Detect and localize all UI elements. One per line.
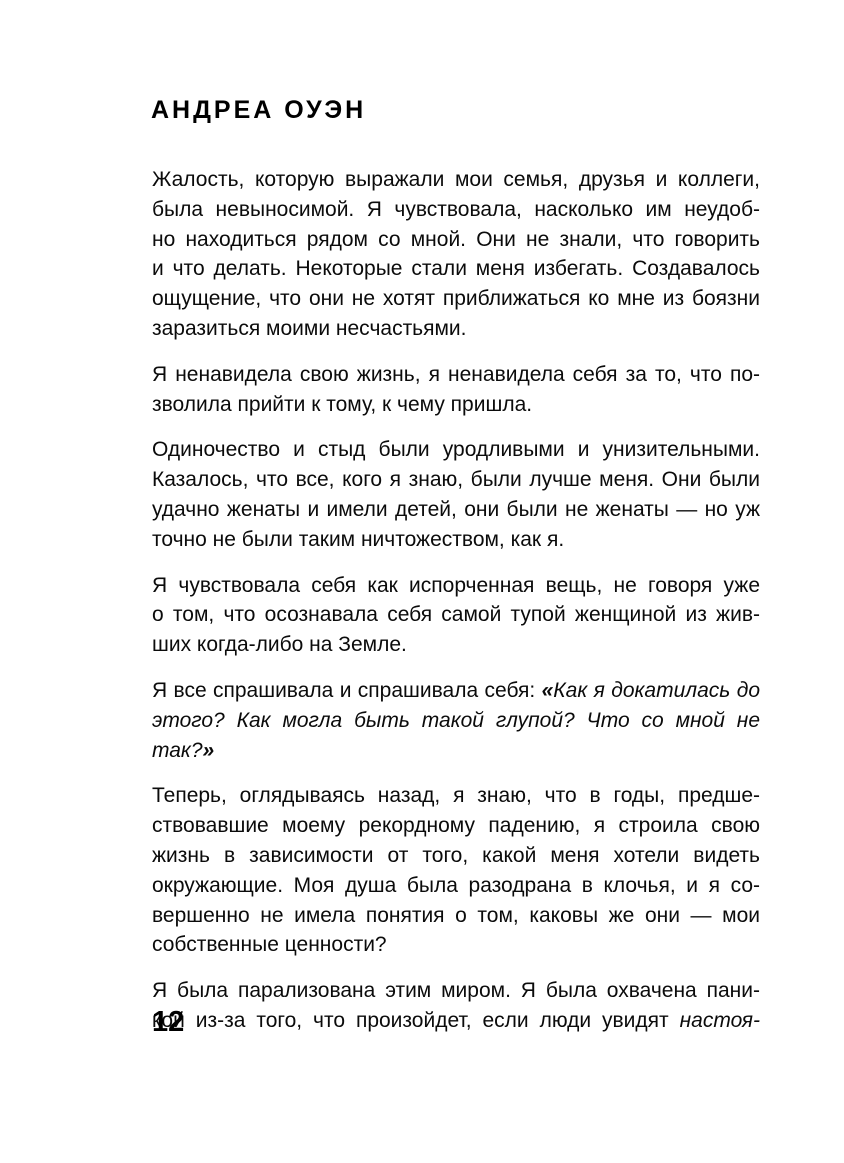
- text-line: Теперь, оглядываясь назад, я знаю, что в…: [152, 781, 760, 811]
- text-line: Я все спрашивала и спрашивала себя: «Как…: [152, 676, 760, 706]
- text-segment: ощущение, что они не хотят приближаться …: [152, 287, 760, 310]
- text-segment: Казалось, что все, кого я знаю, были луч…: [152, 468, 760, 491]
- text-line: и что делать. Некоторые стали меня избег…: [152, 254, 760, 284]
- text-line: вершенно не имела понятия о том, каковы …: [152, 901, 760, 931]
- paragraph: Жалость, которую выражали мои семья, дру…: [152, 165, 760, 344]
- text-line: Одиночество и стыд были уродливыми и уни…: [152, 435, 760, 465]
- text-segment: Я чувствовала себя как испорченная вещь,…: [152, 574, 760, 597]
- text-line: жизнь в зависимости от того, какой меня …: [152, 841, 760, 871]
- paragraph: Я все спрашивала и спрашивала себя: «Как…: [152, 676, 760, 765]
- text-line: ощущение, что они не хотят приближаться …: [152, 284, 760, 314]
- text-segment: Я все спрашивала и спрашивала себя:: [152, 679, 542, 702]
- text-segment: о том, что осознавала себя самой тупой ж…: [152, 603, 760, 626]
- text-segment: Жалость, которую выражали мои семья, дру…: [152, 168, 760, 191]
- text-segment: ствовавшие моему рекордному падению, я с…: [152, 814, 760, 837]
- text-line: но находиться рядом со мной. Они не знал…: [152, 225, 760, 255]
- text-segment: вершенно не имела понятия о том, каковы …: [152, 904, 760, 927]
- running-header: АНДРЕА ОУЭН: [151, 96, 366, 125]
- text-segment: была невыносимой. Я чувствовала, насколь…: [152, 198, 760, 221]
- text-line: заразиться моими несчастьями.: [152, 314, 760, 344]
- text-segment: Теперь, оглядываясь назад, я знаю, что в…: [152, 784, 760, 807]
- text-segment: но находиться рядом со мной. Они не знал…: [152, 228, 760, 251]
- text-line: этого? Как могла быть такой глупой? Что …: [152, 706, 760, 766]
- text-line: Жалость, которую выражали мои семья, дру…: [152, 165, 760, 195]
- text-line: о том, что осознавала себя самой тупой ж…: [152, 600, 760, 630]
- text-line: кой из-за того, что произойдет, если люд…: [152, 1006, 760, 1036]
- text-segment: удачно женаты и имели детей, они были не…: [152, 498, 760, 521]
- text-segment: заразиться моими несчастьями.: [152, 317, 467, 340]
- text-line: Казалось, что все, кого я знаю, были луч…: [152, 465, 760, 495]
- text-line: ствовавшие моему рекордному падению, я с…: [152, 811, 760, 841]
- paragraph: Я ненавидела свою жизнь, я ненавидела се…: [152, 360, 760, 420]
- text-line: окружающие. Моя душа была разодрана в кл…: [152, 871, 760, 901]
- text-line: ших когда-либо на Земле.: [152, 630, 760, 660]
- text-segment: окружающие. Моя душа была разодрана в кл…: [152, 874, 760, 897]
- text-segment: жизнь в зависимости от того, какой меня …: [152, 844, 760, 867]
- body-text: Жалость, которую выражали мои семья, дру…: [152, 165, 760, 1052]
- text-line: Я чувствовала себя как испорченная вещь,…: [152, 571, 760, 601]
- text-line: Я была парализована этим миром. Я была о…: [152, 976, 760, 1006]
- text-segment: собственные ценности?: [152, 933, 387, 956]
- text-line: собственные ценности?: [152, 930, 760, 960]
- text-line: удачно женаты и имели детей, они были не…: [152, 495, 760, 525]
- text-segment: »: [203, 739, 215, 762]
- text-segment: зволила прийти к тому, к чему пришла.: [152, 393, 532, 416]
- paragraph: Я чувствовала себя как испорченная вещь,…: [152, 571, 760, 660]
- book-page: АНДРЕА ОУЭН Жалость, которую выражали мо…: [0, 0, 844, 1163]
- text-segment: ших когда-либо на Земле.: [152, 633, 407, 656]
- text-segment: Как я докатилась до: [553, 679, 760, 702]
- text-segment: настоя-: [680, 1009, 760, 1032]
- paragraph: Я была парализована этим миром. Я была о…: [152, 976, 760, 1036]
- text-segment: Одиночество и стыд были уродливыми и уни…: [152, 438, 760, 461]
- text-segment: этого? Как могла быть такой глупой? Что …: [152, 709, 760, 762]
- text-segment: Я была парализована этим миром. Я была о…: [152, 979, 760, 1002]
- text-segment: «: [542, 679, 554, 702]
- text-line: зволила прийти к тому, к чему пришла.: [152, 390, 760, 420]
- text-line: была невыносимой. Я чувствовала, насколь…: [152, 195, 760, 225]
- paragraph: Одиночество и стыд были уродливыми и уни…: [152, 435, 760, 554]
- text-segment: точно не были таким ничтожеством, как я.: [152, 528, 564, 551]
- text-line: точно не были таким ничтожеством, как я.: [152, 525, 760, 555]
- paragraph: Теперь, оглядываясь назад, я знаю, что в…: [152, 781, 760, 960]
- text-segment: кой из-за того, что произойдет, если люд…: [152, 1009, 680, 1032]
- text-line: Я ненавидела свою жизнь, я ненавидела се…: [152, 360, 760, 390]
- text-segment: Я ненавидела свою жизнь, я ненавидела се…: [152, 363, 760, 386]
- text-segment: и что делать. Некоторые стали меня избег…: [152, 257, 760, 280]
- page-number: 12: [152, 1006, 184, 1039]
